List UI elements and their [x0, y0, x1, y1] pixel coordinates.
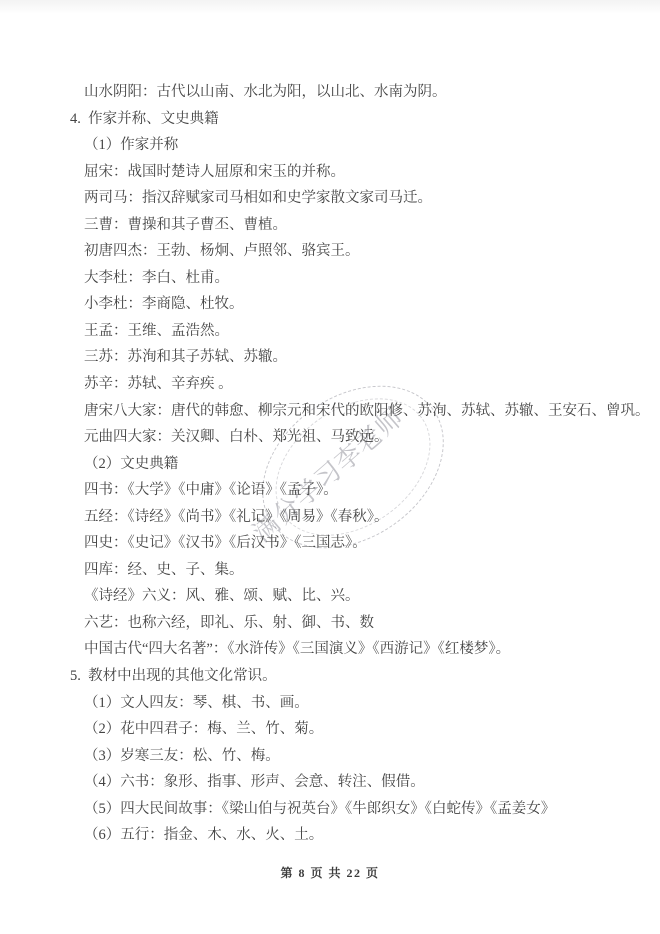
- document-line: （4）六书：象形、指事、形声、会意、转注、假借。: [84, 769, 650, 796]
- document-line: 初唐四杰：王勃、杨炯、卢照邻、骆宾王。: [84, 238, 650, 265]
- document-line: 中国古代“四大名著”：《水浒传》《三国演义》《西游记》《红楼梦》。: [84, 636, 650, 663]
- document-line: （3）岁寒三友：松、竹、梅。: [84, 743, 650, 770]
- document-line: 唐宋八大家：唐代的韩愈、柳宗元和宋代的欧阳修、苏洵、苏轼、苏辙、王安石、曾巩。: [84, 398, 650, 425]
- document-line: 山水阴阳：古代以山南、水北为阳，以山北、水南为阴。: [84, 79, 650, 106]
- document-line: 《诗经》六义：风、雅、颂、赋、比、兴。: [84, 583, 650, 610]
- document-line: （1）作家并称: [84, 132, 650, 159]
- document-line: 大李杜：李白、杜甫。: [84, 265, 650, 292]
- document-line: 屈宋：战国时楚诗人屈原和宋玉的并称。: [84, 159, 650, 186]
- page-number-footer: 第 8 页 共 22 页: [0, 864, 660, 881]
- document-line: 三曹：曹操和其子曹丕、曹植。: [84, 212, 650, 239]
- document-line: 五经：《诗经》《尚书》《礼记》《周易》《春秋》。: [84, 504, 650, 531]
- document-body: 山水阴阳：古代以山南、水北为阳，以山北、水南为阴。 4. 作家并称、文史典籍 （…: [84, 79, 650, 849]
- document-line: 四书：《大学》《中庸》《论语》《孟子》。: [84, 477, 650, 504]
- document-line: 王孟：王维、孟浩然。: [84, 318, 650, 345]
- document-line: 两司马：指汉辞赋家司马相如和史学家散文家司马迁。: [84, 185, 650, 212]
- document-line: （5）四大民间故事：《梁山伯与祝英台》《牛郎织女》《白蛇传》《孟姜女》: [84, 796, 650, 823]
- document-line: （2）花中四君子：梅、兰、竹、菊。: [84, 716, 650, 743]
- document-line: 小李杜：李商隐、杜牧。: [84, 291, 650, 318]
- document-line: 四库：经、史、子、集。: [84, 557, 650, 584]
- document-line: 元曲四大家：关汉卿、白朴、郑光祖、马致远。: [84, 424, 650, 451]
- document-line: （6）五行：指金、木、水、火、土。: [84, 822, 650, 849]
- document-page: 满分学习李老师 山水阴阳：古代以山南、水北为阳，以山北、水南为阴。 4. 作家并…: [0, 0, 660, 934]
- document-line: 5. 教材中出现的其他文化常识。: [70, 663, 650, 690]
- document-line: （2）文史典籍: [84, 451, 650, 478]
- document-line: 三苏：苏洵和其子苏轼、苏辙。: [84, 344, 650, 371]
- document-line: 四史：《史记》《汉书》《后汉书》《三国志》。: [84, 530, 650, 557]
- document-line: 4. 作家并称、文史典籍: [70, 106, 650, 133]
- document-line: （1）文人四友：琴、棋、书、画。: [84, 690, 650, 717]
- document-line: 苏辛：苏轼、辛弃疾 。: [84, 371, 650, 398]
- document-line: 六艺：也称六经，即礼、乐、射、御、书、数: [84, 610, 650, 637]
